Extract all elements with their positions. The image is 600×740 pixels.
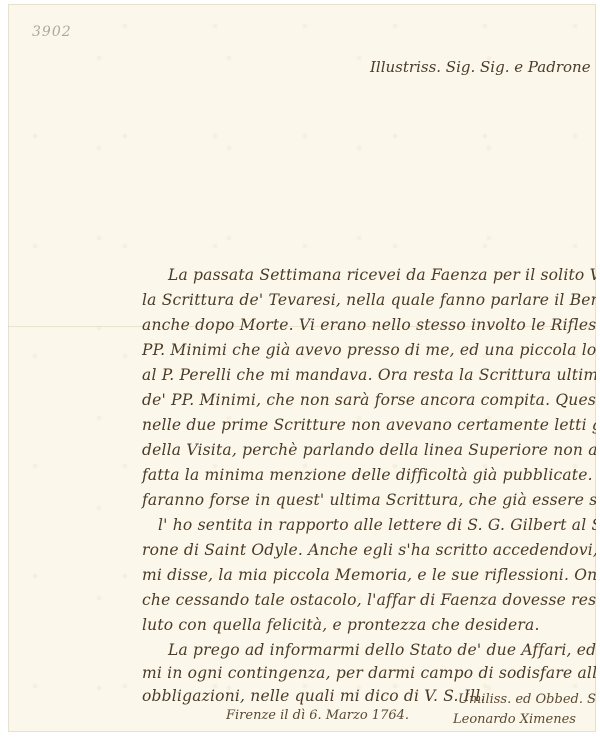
salutation: Illustriss. Sig. Sig. e Padrone bbox=[370, 58, 591, 76]
letter-line: della Visita, perchè parlando della line… bbox=[142, 441, 596, 459]
letter-line: al P. Perelli che mi mandava. Ora resta … bbox=[142, 366, 596, 384]
archive-number: 3902 bbox=[32, 24, 72, 40]
letter-line: anche dopo Morte. Vi erano nello stesso … bbox=[142, 316, 596, 334]
letter-line: fatta la minima menzione delle difficolt… bbox=[142, 466, 596, 484]
letter-line: La passata Settimana ricevei da Faenza p… bbox=[168, 266, 596, 284]
letter-line: mi in ogni contingenza, per darmi campo … bbox=[142, 664, 596, 682]
letter-line: La prego ad informarmi dello Stato de' d… bbox=[168, 641, 596, 659]
letter-line: la Scrittura de' Tevaresi, nella quale f… bbox=[142, 291, 596, 309]
letter-line: l' ho sentita in rapporto alle lettere d… bbox=[158, 516, 596, 534]
letter-line: mi disse, la mia piccola Memoria, e le s… bbox=[142, 566, 596, 584]
date-line: Firenze il dì 6. Marzo 1764. bbox=[226, 708, 409, 723]
closing-formula: Umiliss. ed Obbed. Servo bbox=[458, 692, 596, 707]
letter-line: de' PP. Minimi, che non sarà forse ancor… bbox=[142, 391, 596, 409]
letter-line: PP. Minimi che già avevo presso di me, e… bbox=[142, 341, 596, 359]
letter-line: rone di Saint Odyle. Anche egli s'ha scr… bbox=[142, 541, 596, 559]
letter-page: 3902 Illustriss. Sig. Sig. e Padrone La … bbox=[8, 4, 596, 732]
letter-line: faranno forse in quest' ultima Scrittura… bbox=[142, 491, 596, 509]
letter-line: luto con quella felicità, e prontezza ch… bbox=[142, 616, 540, 634]
letter-line: che cessando tale ostacolo, l'affar di F… bbox=[142, 591, 596, 609]
signature: Leonardo Ximenes bbox=[453, 712, 576, 727]
letter-line: nelle due prime Scritture non avevano ce… bbox=[142, 416, 596, 434]
letter-line: obbligazioni, nelle quali mi dico di V. … bbox=[142, 687, 486, 705]
